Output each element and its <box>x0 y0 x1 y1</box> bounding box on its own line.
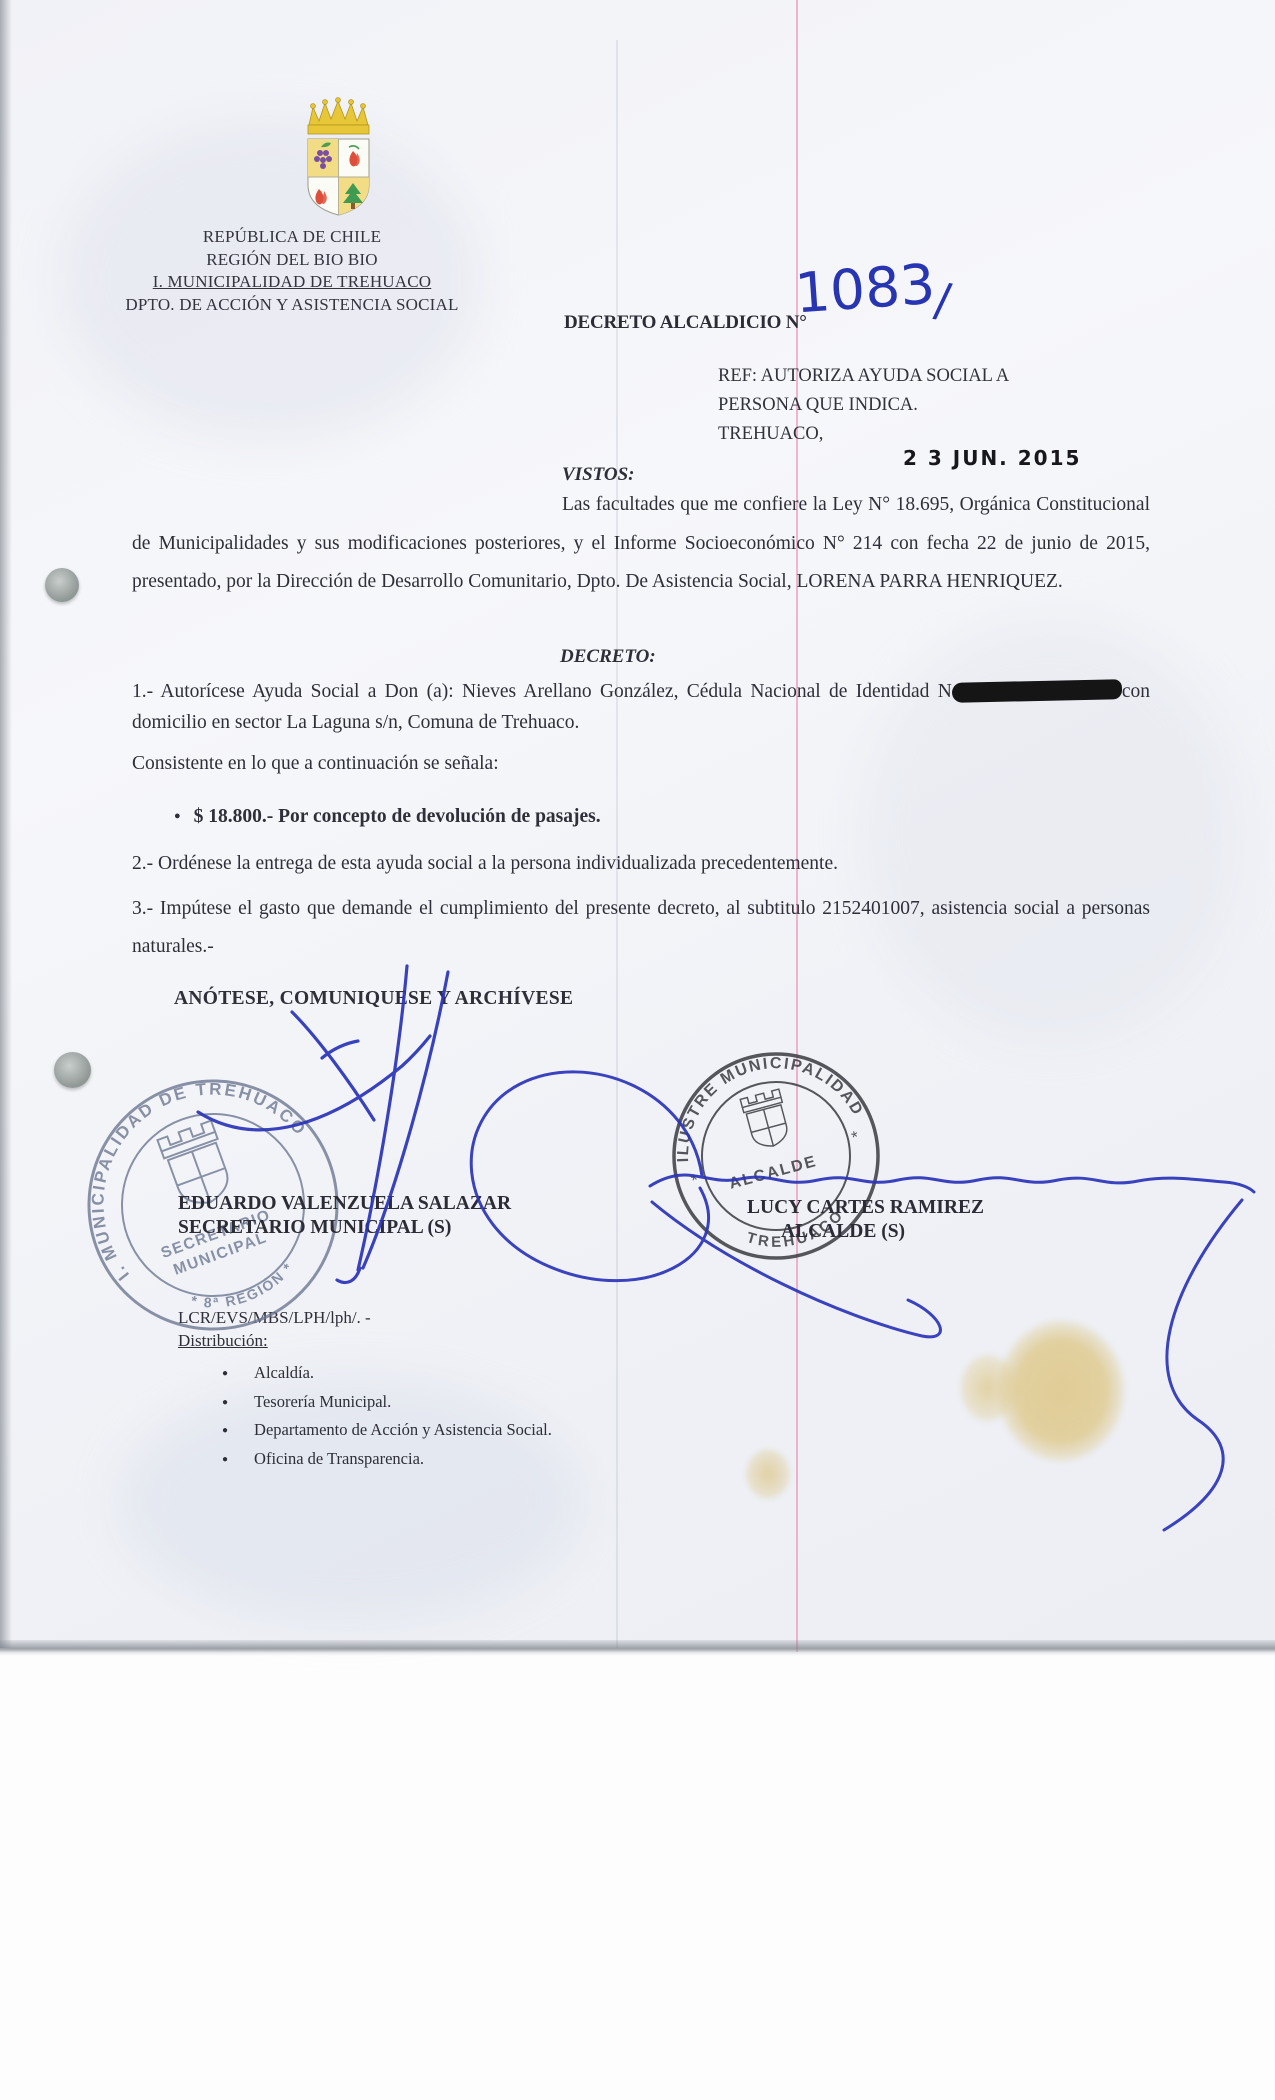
stamp-asterisk: * <box>689 1170 701 1190</box>
list-item: Oficina de Transparencia. <box>222 1445 552 1474</box>
coat-of-arms <box>291 95 386 225</box>
date-stamp: 2 3 JUN. 2015 <box>903 446 1081 470</box>
paper-crease <box>616 40 618 1648</box>
amount-text: $ 18.800.- Por concepto de devolución de… <box>194 806 601 827</box>
distribution-list: Alcaldía. Tesorería Municipal. Departame… <box>222 1359 552 1473</box>
handwritten-decree-number: 1083/ <box>793 251 955 326</box>
bullet-dot: ● <box>174 810 181 822</box>
letterhead-line: I. MUNICIPALIDAD DE TREHUACO <box>122 271 462 294</box>
punch-hole <box>54 1052 91 1088</box>
decree-number-label: DECRETO ALCALDICIO N° <box>564 312 807 334</box>
list-item: Alcaldía. <box>222 1359 552 1388</box>
mayor-title: ALCALDE (S) <box>747 1220 984 1244</box>
document-page: REPÚBLICA DE CHILE REGIÓN DEL BIO BIO I.… <box>0 0 1275 1648</box>
decreto-label: DECRETO: <box>560 646 656 668</box>
mayor-stamp-top-text: ILUSTRE MUNICIPALIDAD <box>654 1033 867 1167</box>
list-item: Departamento de Acción y Asistencia Soci… <box>222 1416 552 1445</box>
stamp-asterisk: * <box>850 1127 862 1147</box>
ref-line: REF: AUTORIZA AYUDA SOCIAL A <box>718 362 1063 391</box>
ref-line: PERSONA QUE INDICA. <box>718 391 1063 420</box>
decree-item-1-text: 1.- Autorícese Ayuda Social a Don (a): N… <box>132 681 952 702</box>
secretary-name: EDUARDO VALENZUELA SALAZAR <box>178 1192 511 1216</box>
scanned-document: REPÚBLICA DE CHILE REGIÓN DEL BIO BIO I.… <box>0 0 1275 2100</box>
letterhead-line: REPÚBLICA DE CHILE <box>122 226 462 249</box>
redaction-bar <box>952 679 1122 703</box>
coffee-stain <box>736 1438 800 1510</box>
secretary-title: SECRETARIO MUNICIPAL (S) <box>178 1216 511 1240</box>
amount-bullet: ●$ 18.800.- Por concepto de devolución d… <box>174 806 601 828</box>
consistente-line: Consistente en lo que a continuación se … <box>132 753 499 775</box>
letterhead-line: DPTO. DE ACCIÓN Y ASISTENCIA SOCIAL <box>122 294 462 317</box>
paper-bottom-shadow <box>0 1640 1275 1656</box>
vistos-paragraph: Las facultades que me confiere la Ley N°… <box>132 486 1150 602</box>
coffee-stain <box>948 1340 1028 1436</box>
scan-edge-shadow <box>0 0 12 1648</box>
vistos-label: VISTOS: <box>562 464 635 486</box>
letterhead: REPÚBLICA DE CHILE REGIÓN DEL BIO BIO I.… <box>122 226 462 316</box>
decree-number-digits: 1083 <box>793 252 937 326</box>
letterhead-line: REGIÓN DEL BIO BIO <box>122 249 462 272</box>
mayor-stamp-role: ALCALDE <box>727 1153 819 1193</box>
closing-line: ANÓTESE, COMUNIQUESE Y ARCHÍVESE <box>174 988 573 1010</box>
mayor-stamp: ILUSTRE MUNICIPALIDAD TREHUACO ALCALDE *… <box>639 1019 913 1293</box>
ref-line: TREHUACO, <box>718 420 1063 449</box>
stamp-shield-icon <box>740 1089 792 1151</box>
fold-line <box>796 0 798 1652</box>
list-item: Tesorería Municipal. <box>222 1388 552 1417</box>
svg-text:ILUSTRE MUNICIPALIDAD: ILUSTRE MUNICIPALIDAD <box>654 1033 867 1167</box>
mayor-name: LUCY CARTES RAMIREZ <box>747 1196 984 1220</box>
decree-item-1: 1.- Autorícese Ayuda Social a Don (a): N… <box>132 676 1150 738</box>
ref-block: REF: AUTORIZA AYUDA SOCIAL A PERSONA QUE… <box>718 362 1063 449</box>
decree-item-2: 2.- Ordénese la entrega de esta ayuda so… <box>132 853 838 875</box>
secretary-signature-block: EDUARDO VALENZUELA SALAZAR SECRETARIO MU… <box>178 1192 511 1240</box>
mayor-signature-block: LUCY CARTES RAMIREZ ALCALDE (S) <box>747 1196 984 1244</box>
punch-hole <box>45 568 79 602</box>
decree-number-comma: / <box>931 272 954 328</box>
decree-item-3: 3.- Impútese el gasto que demande el cum… <box>132 890 1150 966</box>
